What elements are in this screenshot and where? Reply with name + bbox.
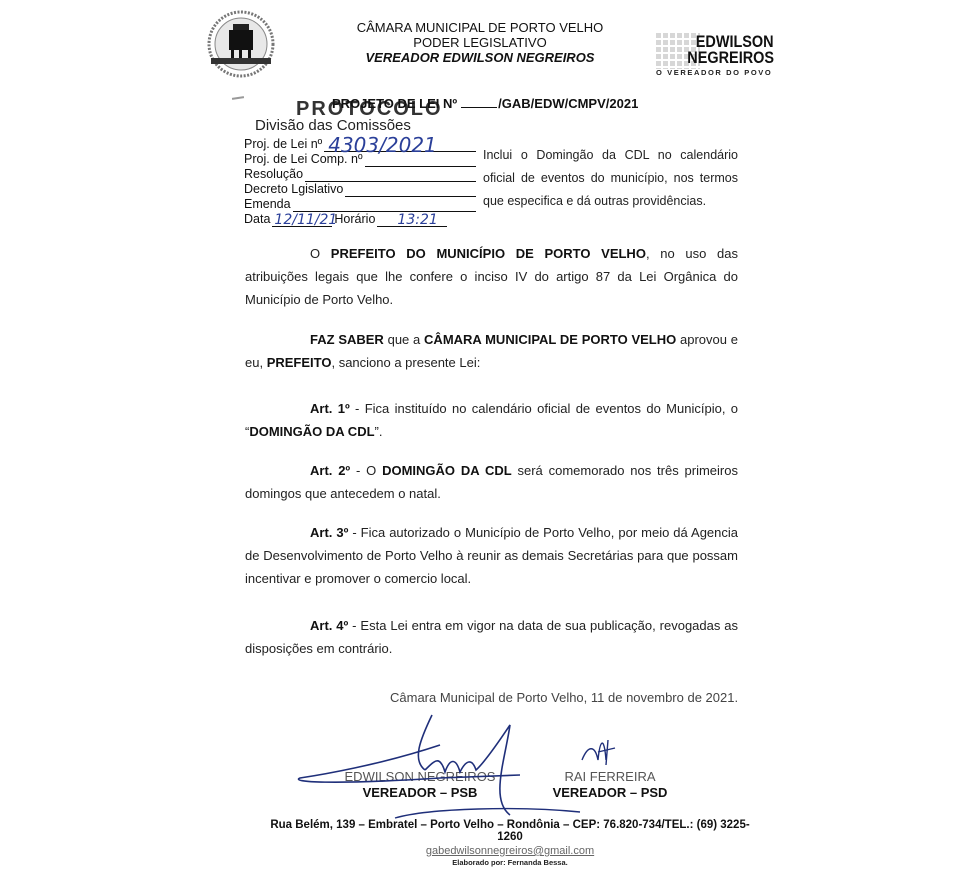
footer-elaborado: Elaborado por: Fernanda Bessa. (270, 858, 750, 867)
scan-mark (232, 96, 244, 100)
letterhead: CÂMARA MUNICIPAL DE PORTO VELHO PODER LE… (300, 20, 660, 65)
logo-tagline: O VEREADOR DO POVO (656, 68, 772, 77)
field-value-handwritten: 4303/2021 (328, 138, 437, 153)
ementa: Inclui o Domingão da CDL no calendário o… (483, 144, 738, 213)
project-prefix: PROJETO DE LEI Nº (332, 96, 457, 111)
signature-block-edwilson: EDWILSON NEGREIROS VEREADOR – PSB (320, 769, 520, 801)
article-3: Art. 3º - Fica autorizado o Município de… (245, 521, 738, 590)
signatory-role: VEREADOR – PSB (320, 785, 520, 801)
date-label: Data (244, 212, 270, 227)
article-1: Art. 1º - Fica instituído no calendário … (245, 397, 738, 443)
edwilson-logo: EDWILSON NEGREIROS O VEREADOR DO POVO (656, 30, 786, 80)
article-2: Art. 2º - O DOMINGÃO DA CDL será comemor… (245, 459, 738, 505)
stamp-date-time: Data 12/11/21 Horário 13:21 (244, 212, 476, 227)
project-suffix: /GAB/EDW/CMPV/2021 (498, 96, 638, 111)
logo-name-2: NEGREIROS (687, 50, 774, 66)
protocol-stamp-form: Proj. de Lei nº 4303/2021 Proj. de Lei C… (244, 137, 476, 227)
signatory-name: EDWILSON NEGREIROS (320, 769, 520, 785)
date-value-handwritten: 12/11/21 (274, 213, 337, 228)
time-value-handwritten: 13:21 (397, 213, 437, 228)
stamp-division: Divisão das Comissões (255, 117, 411, 134)
stamp-field: Resolução (244, 167, 476, 182)
field-label: Emenda (244, 197, 291, 212)
header-line-3: VEREADOR EDWILSON NEGREIROS (300, 50, 660, 65)
header-line-2: PODER LEGISLATIVO (300, 35, 660, 50)
signatory-name: RAI FERREIRA (550, 769, 670, 785)
handwritten-signatures-icon (0, 0, 960, 890)
field-label: Resolução (244, 167, 303, 182)
footer: Rua Belém, 139 – Embratel – Porto Velho … (270, 819, 750, 867)
signatory-role: VEREADOR – PSD (550, 785, 670, 801)
article-4: Art. 4º - Esta Lei entra em vigor na dat… (245, 614, 738, 660)
place-date: Câmara Municipal de Porto Velho, 11 de n… (390, 690, 738, 705)
header-line-1: CÂMARA MUNICIPAL DE PORTO VELHO (300, 20, 660, 35)
stamp-field: Decreto Lgislativo (244, 182, 476, 197)
footer-address: Rua Belém, 139 – Embratel – Porto Velho … (270, 819, 750, 843)
time-label: Horário (334, 212, 375, 227)
municipal-seal-icon (207, 10, 275, 78)
field-label: Decreto Lgislativo (244, 182, 343, 197)
signature-block-rai: RAI FERREIRA VEREADOR – PSD (550, 769, 670, 801)
stamp-field: Emenda (244, 197, 476, 212)
project-number-blank (461, 107, 497, 108)
faz-saber-paragraph: FAZ SABER que a CÂMARA MUNICIPAL DE PORT… (245, 328, 738, 374)
field-label: Proj. de Lei nº (244, 137, 322, 152)
footer-email-link[interactable]: gabedwilsonnegreiros@gmail.com (270, 845, 750, 857)
stamp-field: Proj. de Lei nº 4303/2021 (244, 137, 476, 152)
preamble-paragraph: O PREFEITO DO MUNICÍPIO DE PORTO VELHO, … (245, 242, 738, 311)
project-number-line: PROJETO DE LEI Nº/GAB/EDW/CMPV/2021 (332, 96, 638, 111)
